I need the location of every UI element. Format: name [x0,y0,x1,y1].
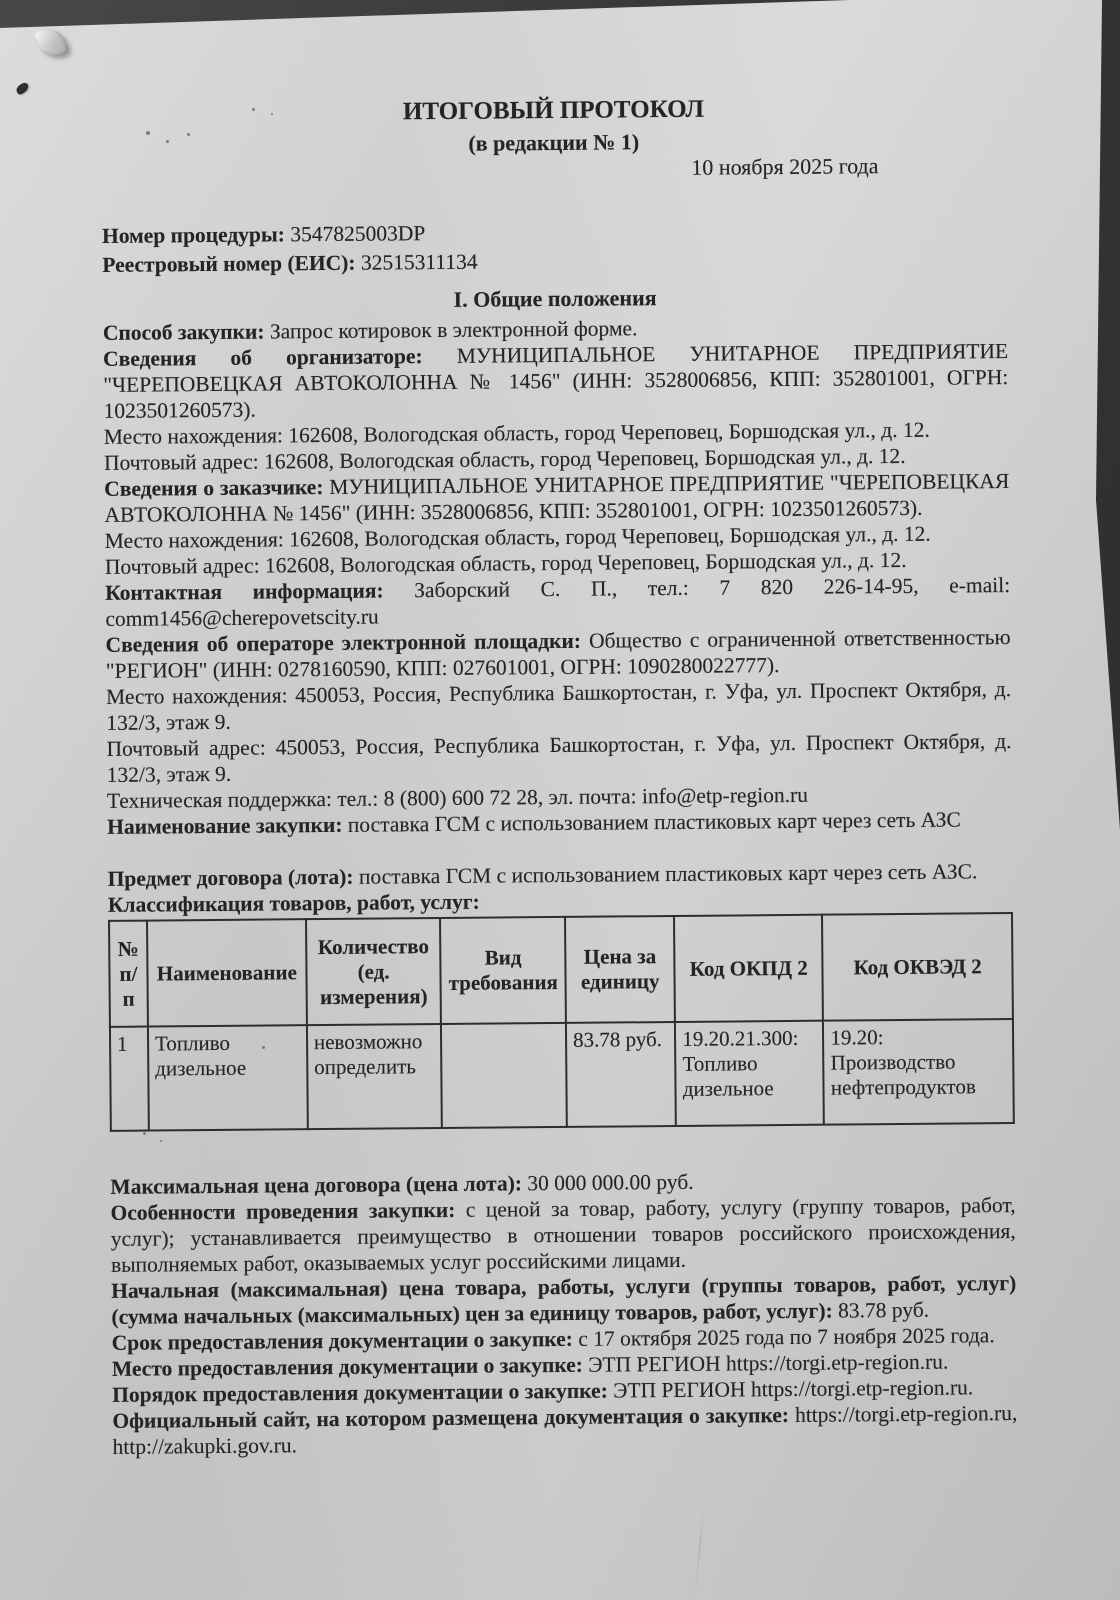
paragraph-label: Максимальная цена договора (цена лота): [110,1171,522,1199]
table-cell: 1 [110,1027,149,1131]
table-header-cell: Код ОКПД 2 [674,915,823,1022]
table-cell: 19.20: Производство нефтепродуктов [823,1019,1014,1125]
registry-number-label: Реестровый номер (ЕИС): [102,251,355,277]
procedure-number-value: 3547825003DP [290,221,425,246]
document-content: ИТОГОВЫЙ ПРОТОКОЛ (в редакции № 1) 10 но… [100,0,1018,1460]
paragraph-label: Сведения об организаторе: [103,344,423,371]
paragraph-label: Наименование закупки: [107,813,342,839]
section-1-heading: I. Общие положения [103,282,1008,316]
document-paragraph: Особенности проведения закупки: с ценой … [110,1192,1016,1278]
purchase-details-block: Максимальная цена договора (цена лота): … [110,1166,1017,1460]
paragraph-label: Официальный сайт, на котором размещена д… [112,1403,789,1433]
table-header-cell: Код ОКВЭД 2 [822,913,1013,1021]
document-paragraph: Сведения об организаторе: МУНИЦИПАЛЬНОЕ … [103,338,1009,424]
document-paragraph: Сведения об операторе электронной площад… [105,624,1010,684]
paragraph-text: ЭТП РЕГИОН https://torgi.etp-region.ru. [583,1350,949,1377]
table-row: 1Топливо дизельноеневозможно определить8… [110,1019,1014,1131]
document-paragraph: Почтовый адрес: 450053, Россия, Республи… [106,728,1011,788]
table-header-cell: Вид требования [440,917,566,1024]
classification-table-body: 1Топливо дизельноеневозможно определить8… [110,1019,1014,1131]
paragraph-text: Запрос котировок в электронной форме. [264,316,637,343]
paragraph-text: поставка ГСМ с использованием пластиковы… [353,859,977,888]
paragraph-text: 83.78 руб. [833,1298,930,1323]
paragraph-text: ЭТП РЕГИОН https://torgi.etp-region.ru. [608,1375,974,1402]
table-header-cell: Количество (ед. измерения) [306,918,441,1025]
paper-speck [160,1140,162,1142]
paragraph-label: Сведения об операторе электронной площад… [106,629,582,657]
photo-backdrop: ИТОГОВЫЙ ПРОТОКОЛ (в редакции № 1) 10 но… [0,0,1120,1600]
general-provisions-block: Способ закупки: Запрос котировок в элект… [103,312,1013,892]
document-paragraph: Сведения о заказчике: МУНИЦИПАЛЬНОЕ УНИТ… [104,468,1009,528]
paper-speck [166,140,169,143]
classification-table: № п/пНаименованиеКоличество (ед. измерен… [108,912,1015,1132]
paragraph-label: Предмет договора (лота): [108,865,354,891]
paper-speck [271,113,273,115]
document-title: ИТОГОВЫЙ ПРОТОКОЛ [101,92,1006,130]
paragraph-text: Место нахождения: 450053, Россия, Респуб… [106,677,1011,735]
table-header-cell: Цена за единицу [565,916,675,1023]
document-paragraph: Место нахождения: 450053, Россия, Респуб… [106,676,1011,736]
paper-speck [187,133,190,136]
registry-number-value: 32515311134 [361,250,478,275]
table-cell [441,1023,567,1128]
paragraph-label: Порядок предоставления документации о за… [112,1379,608,1407]
document-paragraph: Контактная информация: Заборский С. П., … [105,572,1010,632]
document-paragraph: Официальный сайт, на котором размещена д… [112,1400,1017,1460]
paragraph-text: с 17 октября 2025 года по 7 ноября 2025 … [573,1323,995,1351]
document-numbers: Номер процедуры: 3547825003DP Реестровый… [102,214,1007,280]
paragraph-label: Сведения о заказчике: [104,475,323,501]
paragraph-label: Способ закупки: [103,320,265,345]
paragraph-label: Особенности проведения закупки: [110,1198,455,1225]
classification-table-head-row: № п/пНаименованиеКоличество (ед. измерен… [109,913,1013,1027]
paragraph-label: Место предоставления документации о заку… [112,1353,583,1381]
document-page: ИТОГОВЫЙ ПРОТОКОЛ (в редакции № 1) 10 но… [0,0,1120,1600]
paragraph-label: Контактная информация: [105,578,384,604]
table-header-cell: Наименование [147,919,307,1026]
paragraph-text: поставка ГСМ с использованием пластиковы… [342,807,961,836]
paper-speck [146,131,150,135]
paper-speck [252,108,255,111]
paragraph-text: Почтовый адрес: 450053, Россия, Республи… [106,729,1011,787]
paragraph-label: Срок предоставления документации о закуп… [112,1327,573,1355]
table-cell: 83.78 руб. [566,1022,676,1127]
table-cell: Топливо дизельное [148,1025,308,1130]
paper-speck [262,1046,265,1049]
paragraph-text: 30 000 000.00 руб. [522,1170,694,1195]
table-cell: 19.20.21.300: Топливо дизельное [675,1021,824,1126]
table-cell: невозможно определить [307,1024,442,1129]
table-header-cell: № п/п [109,921,148,1027]
document-paragraph: Начальная (максимальная) цена товара, ра… [111,1270,1016,1330]
procedure-number-label: Номер процедуры: [102,222,285,248]
paper-speck [143,1132,146,1135]
